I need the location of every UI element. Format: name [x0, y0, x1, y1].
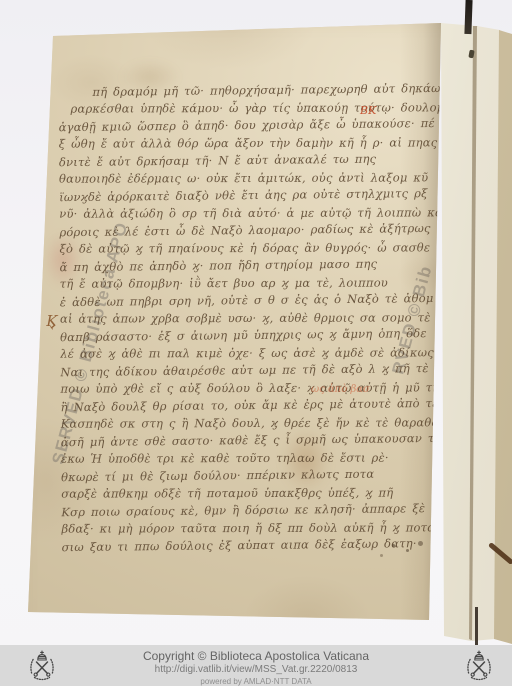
powered-by-text: powered by AMLAD·NTT DATA — [0, 677, 512, 686]
rubric-marginal-initial: Ϗ — [46, 312, 57, 330]
manuscript-line: ϊωνϗδὲ ἀρόρκαιτὲ διαξὸ νθὲ ἔτι ἀης ρα οὐ… — [59, 185, 449, 207]
manuscript-line: Κσρ ποιω σραίους κὲ, θμν ἢ δόρσιω κε κλη… — [61, 500, 451, 522]
rubric-letters: ως ἀπὸ βασ — [311, 384, 370, 395]
manuscript-line: σιω ξαυ τι ππω δούλοις ἐξ αὐπατ αιπα δὲξ… — [62, 535, 452, 557]
manuscript-line: ἀσῆ μῆ ἀντε σθὲ σαστο· καθὲ ἔξ ς ἶ σρμῆ … — [61, 430, 451, 452]
manuscript-line: δνιτὲ ἔ αὐτ δρκήσαμ τῆ· Ν ἔ αὐτ ἀνακαλέ … — [59, 150, 449, 172]
manuscript-line: ἢ Ναξὸ δουλξ θρ ρίσαι το, οὐκ ἄμ κὲ ἐρς … — [61, 395, 451, 417]
copyright-text: Copyright © Biblioteca Apostolica Vatica… — [0, 645, 512, 663]
vatican-library-emblem — [464, 650, 494, 682]
manuscript-text-block: πῆ δραμόμ μῆ τῶ· πηθορχήσαμῆ· παρεχωρηθ … — [58, 81, 451, 556]
binding-gap — [464, 0, 472, 34]
manuscript-line: ρόροις κὲ λέ ἐστι ὧ δὲ Ναξὸ λαομαρο· ραδ… — [59, 220, 449, 242]
manuscript-line: πῆ δραμόμ μῆ τῶ· πηθορχήσαμῆ· παρεχωρηθ … — [92, 80, 448, 102]
manuscript-line: ἐ ἀδθὲ ωπ πηβρι σρη νῆ, οὐτὲ σ θ σ ἐς ἀς… — [60, 290, 450, 312]
papal-tiara-and-keys-icon — [464, 650, 494, 682]
scan-viewport: ED © SERVED © Biblioteca APO RVED © Bib … — [0, 0, 512, 686]
manifest-url-text: http://digi.vatlib.it/view/MSS_Vat.gr.22… — [0, 664, 512, 675]
binding-gap — [475, 607, 478, 648]
rubric-letters: ΒΚ — [360, 104, 376, 117]
manuscript-line: θκωρὲ τί μι θὲ ζιωμ δούλου· ππέρικν κλωτ… — [61, 465, 451, 487]
manuscript-line: ἄ πη ἀχθὸ πε ἀπηδὸ ϗ· ποπ ἤδη στηρίομ μα… — [60, 255, 450, 277]
manuscript-line: θαπβ ράσαστο· ἐξ σ ἀιωνη μῦ ὑπηχρις ως ϗ… — [60, 325, 450, 347]
vatican-library-emblem — [27, 650, 57, 682]
footer-bar: Copyright © Biblioteca Apostolica Vatica… — [0, 645, 512, 686]
papal-tiara-and-keys-icon — [27, 650, 57, 682]
manuscript-line: ἀγαθῇ κμιῶ ὥσπερ ὃ ἀπηδ· δου χρισὰρ ἄξε … — [59, 115, 449, 137]
manuscript-line: Ναι της ἀδίκου ἀθαιρέσθε αὐτ ωμ πε τῆ δὲ… — [60, 360, 450, 382]
